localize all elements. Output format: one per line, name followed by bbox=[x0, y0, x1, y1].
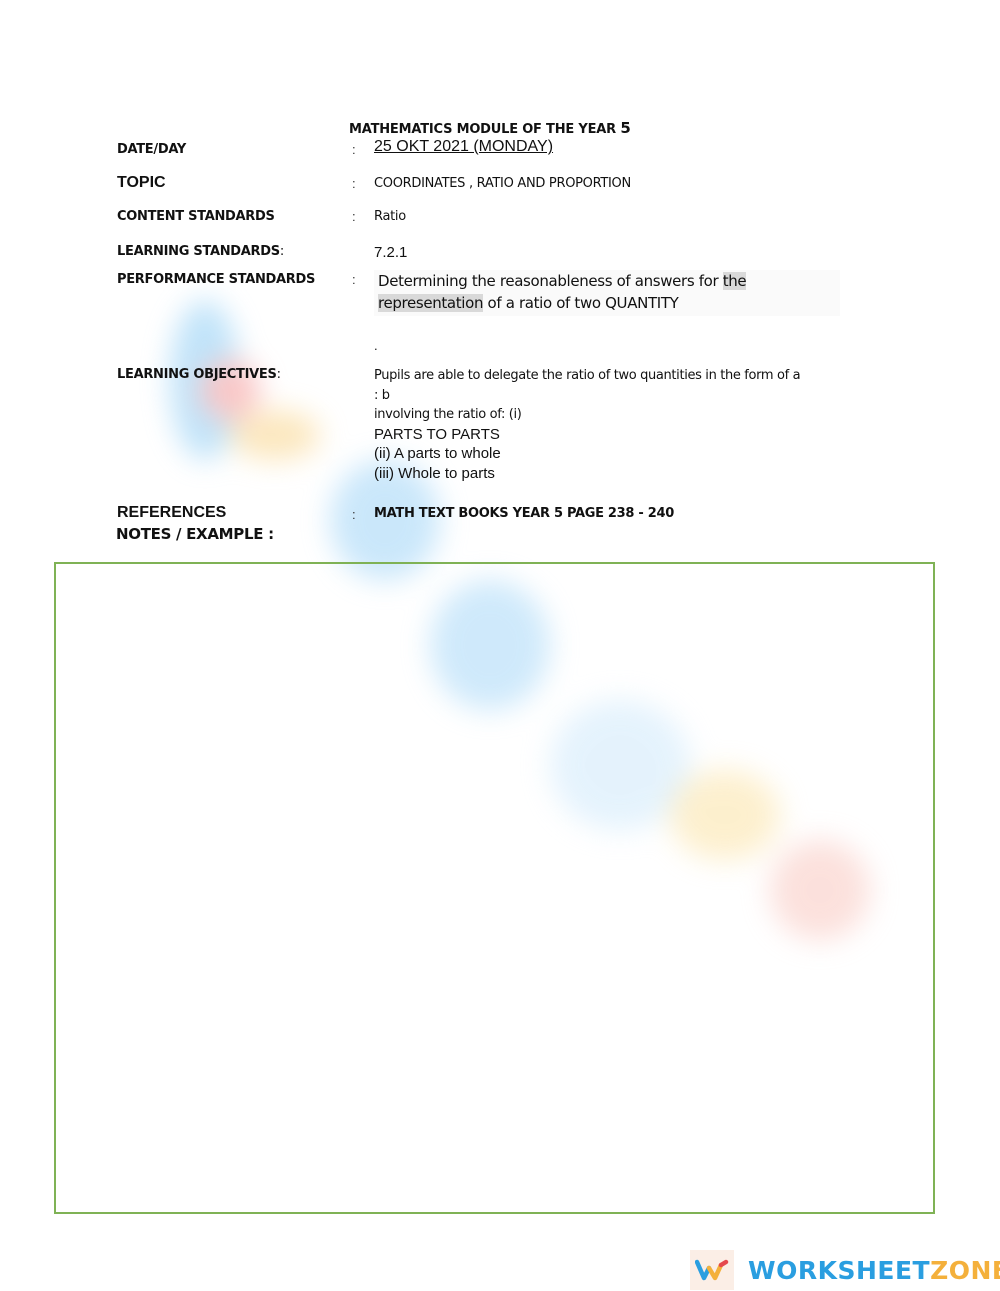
notes-example-box bbox=[54, 562, 935, 1214]
field-colon: : bbox=[352, 176, 356, 191]
field-label: TOPIC bbox=[117, 174, 166, 192]
date-value: 25 OKT 2021 (MONDAY) bbox=[374, 138, 553, 156]
objective-line: : b bbox=[374, 386, 844, 406]
brand-name: WORKSHEETZONE bbox=[748, 1256, 1000, 1285]
objective-line: Pupils are able to delegate the ratio of… bbox=[374, 366, 844, 386]
learning-standards-value: 7.2.1 bbox=[374, 244, 407, 261]
field-label: PERFORMANCE STANDARDS bbox=[117, 272, 315, 287]
field-label: DATE/DAY bbox=[117, 142, 186, 157]
field-colon: : bbox=[352, 272, 356, 287]
field-label: LEARNING OBJECTIVES: bbox=[117, 367, 281, 382]
field-label: LEARNING STANDARDS: bbox=[117, 244, 284, 259]
field-colon: : bbox=[352, 209, 356, 224]
objective-line: involving the ratio of: (i) bbox=[374, 405, 844, 425]
objective-line: PARTS TO PARTS bbox=[374, 425, 844, 445]
content-standards-value: Ratio bbox=[374, 209, 406, 224]
field-label: NOTES / EXAMPLE : bbox=[116, 525, 274, 543]
field-label: CONTENT STANDARDS bbox=[117, 209, 275, 224]
worksheetzone-logo: WORKSHEETZONE bbox=[690, 1250, 1000, 1290]
performance-standards-value: Determining the reasonableness of answer… bbox=[374, 270, 840, 316]
field-label: REFERENCES bbox=[117, 504, 226, 522]
worksheetzone-w-icon bbox=[690, 1250, 734, 1290]
field-colon: : bbox=[352, 142, 356, 157]
learning-objectives-value: Pupils are able to delegate the ratio of… bbox=[374, 366, 844, 483]
field-colon: : bbox=[352, 507, 356, 522]
topic-value: COORDINATES , RATIO AND PROPORTION bbox=[374, 176, 631, 191]
objective-line: (iii) Whole to parts bbox=[374, 464, 844, 484]
page-title: MATHEMATICS MODULE OF THE YEAR 5 bbox=[349, 119, 631, 137]
objective-line: (ii) A parts to whole bbox=[374, 444, 844, 464]
references-value: MATH TEXT BOOKS YEAR 5 PAGE 238 - 240 bbox=[374, 506, 674, 521]
stray-dot: . bbox=[374, 338, 378, 353]
